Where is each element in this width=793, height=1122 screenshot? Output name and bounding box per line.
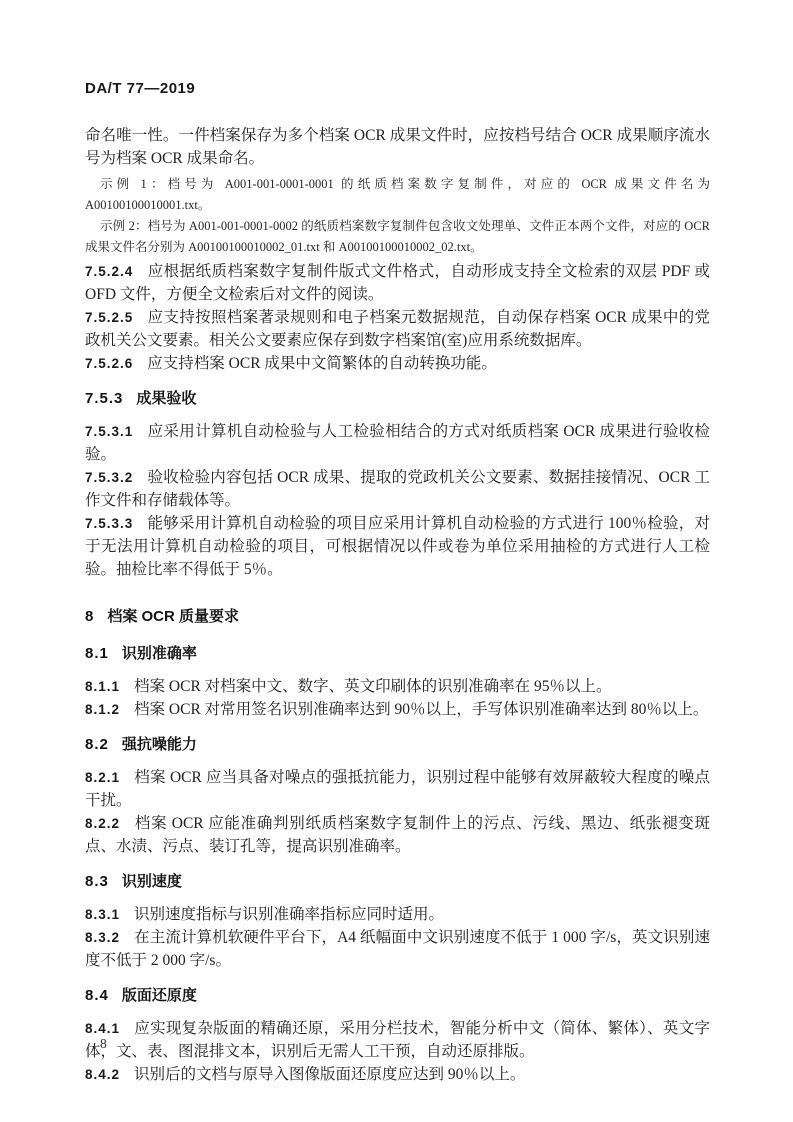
clause-text: 档案 OCR 应能准确判别纸质档案数字复制件上的污点、污线、黑边、纸张褪变斑点、… [85,815,710,855]
clause-text: 在主流计算机软硬件平台下，A4 纸幅面中文识别速度不低于 1 000 字/s，英… [85,929,710,969]
heading-8: 8档案 OCR 质量要求 [85,605,710,628]
clause-7-5-2-4: 7.5.2.4应根据纸质档案数字复制件版式文件格式，自动形成支持全文检索的双层 … [85,260,710,306]
example-2: 示例 2：档号为 A001-001-0001-0002 的纸质档案数字复制件包含… [85,216,710,258]
clause-number: 7.5.2.6 [85,356,133,371]
heading-text: 档案 OCR 质量要求 [107,608,239,625]
heading-7-5-3: 7.5.3成果验收 [85,387,710,410]
clause-text: 能够采用计算机自动检验的项目应采用计算机自动检验的方式进行 100％检验，对于无… [85,515,710,578]
clause-number: 8.3.2 [85,930,120,945]
clause-text: 档案 OCR 对常用签名识别准确率达到 90％以上，手写体识别准确率达到 80％… [134,701,708,718]
clause-8-3-2: 8.3.2在主流计算机软硬件平台下，A4 纸幅面中文识别速度不低于 1 000 … [85,926,710,972]
clause-8-1-1: 8.1.1档案 OCR 对档案中文、数字、英文印刷体的识别准确率在 95％以上。 [85,675,710,698]
heading-8-3: 8.3识别速度 [85,870,710,893]
clause-number: 8.4.1 [85,1021,120,1036]
clause-7-5-3-2: 7.5.3.2验收检验内容包括 OCR 成果、提取的党政机关公文要素、数据挂接情… [85,466,710,512]
clause-text: 应支持按照档案著录规则和电子档案元数据规范，自动保存档案 OCR 成果中的党政机… [85,309,710,349]
clause-number: 8.2.2 [85,816,120,831]
clause-8-2-2: 8.2.2档案 OCR 应能准确判别纸质档案数字复制件上的污点、污线、黑边、纸张… [85,812,710,858]
heading-text: 版面还原度 [122,987,197,1004]
heading-number: 8.2 [85,736,109,753]
heading-number: 8 [85,608,94,625]
clause-text: 档案 OCR 对档案中文、数字、英文印刷体的识别准确率在 95％以上。 [134,678,612,695]
clause-text: 识别后的文档与原导入图像版面还原度应达到 90％以上。 [134,1066,525,1083]
heading-8-4: 8.4版面还原度 [85,984,710,1007]
clause-number: 8.1.2 [85,702,120,717]
clause-number: 7.5.2.5 [85,310,133,325]
clause-number: 7.5.2.4 [85,264,133,279]
clause-number: 8.4.2 [85,1067,120,1082]
clause-number: 7.5.3.3 [85,516,133,531]
clause-number: 8.2.1 [85,770,120,785]
clause-text: 应根据纸质档案数字复制件版式文件格式，自动形成支持全文检索的双层 PDF 或 O… [85,263,710,303]
heading-text: 成果验收 [136,390,196,407]
clause-number: 8.3.1 [85,907,120,922]
heading-number: 8.3 [85,873,109,890]
heading-number: 8.1 [85,645,109,662]
heading-8-2: 8.2强抗噪能力 [85,733,710,756]
clause-text: 应支持档案 OCR 成果中文简繁体的自动转换功能。 [147,355,497,372]
clause-text: 识别速度指标与识别准确率指标应同时适用。 [134,906,444,923]
clause-text: 应实现复杂版面的精确还原，采用分栏技术，智能分析中文（简体、繁体）、英文字体，文… [85,1020,710,1060]
clause-text: 验收检验内容包括 OCR 成果、提取的党政机关公文要素、数据挂接情况、OCR 工… [85,469,710,509]
clause-8-4-1: 8.4.1应实现复杂版面的精确还原，采用分栏技术，智能分析中文（简体、繁体）、英… [85,1017,710,1063]
heading-text: 识别准确率 [122,645,197,662]
document-number-header: DA/T 77—2019 [85,80,710,97]
clause-7-5-2-6: 7.5.2.6应支持档案 OCR 成果中文简繁体的自动转换功能。 [85,352,710,375]
clause-7-5-2-5: 7.5.2.5应支持按照档案著录规则和电子档案元数据规范，自动保存档案 OCR … [85,306,710,352]
clause-8-3-1: 8.3.1识别速度指标与识别准确率指标应同时适用。 [85,903,710,926]
heading-8-1: 8.1识别准确率 [85,642,710,665]
clause-7-5-3-1: 7.5.3.1应采用计算机自动检验与人工检验相结合的方式对纸质档案 OCR 成果… [85,420,710,466]
clause-8-4-2: 8.4.2识别后的文档与原导入图像版面还原度应达到 90％以上。 [85,1063,710,1086]
clause-number: 7.5.3.1 [85,424,133,439]
page-number: 8 [100,1036,107,1052]
document-page: DA/T 77—2019 命名唯一性。一件档案保存为多个档案 OCR 成果文件时… [0,0,793,1122]
paragraph-continuation: 命名唯一性。一件档案保存为多个档案 OCR 成果文件时，应按档号结合 OCR 成… [85,124,710,170]
heading-number: 7.5.3 [85,390,123,407]
heading-number: 8.4 [85,987,109,1004]
clause-text: 档案 OCR 应当具备对噪点的强抵抗能力，识别过程中能够有效屏蔽较大程度的噪点干… [85,769,710,809]
clause-number: 7.5.3.2 [85,470,133,485]
clause-8-1-2: 8.1.2档案 OCR 对常用签名识别准确率达到 90％以上，手写体识别准确率达… [85,698,710,721]
clause-8-2-1: 8.2.1档案 OCR 应当具备对噪点的强抵抗能力，识别过程中能够有效屏蔽较大程… [85,766,710,812]
heading-text: 识别速度 [122,873,182,890]
clause-text: 应采用计算机自动检验与人工检验相结合的方式对纸质档案 OCR 成果进行验收检验。 [85,423,710,463]
clause-number: 8.1.1 [85,679,120,694]
example-1: 示例 1：档号为 A001-001-0001-0001 的纸质档案数字复制件，对… [85,174,710,216]
heading-text: 强抗噪能力 [122,736,197,753]
clause-7-5-3-3: 7.5.3.3能够采用计算机自动检验的项目应采用计算机自动检验的方式进行 100… [85,512,710,581]
